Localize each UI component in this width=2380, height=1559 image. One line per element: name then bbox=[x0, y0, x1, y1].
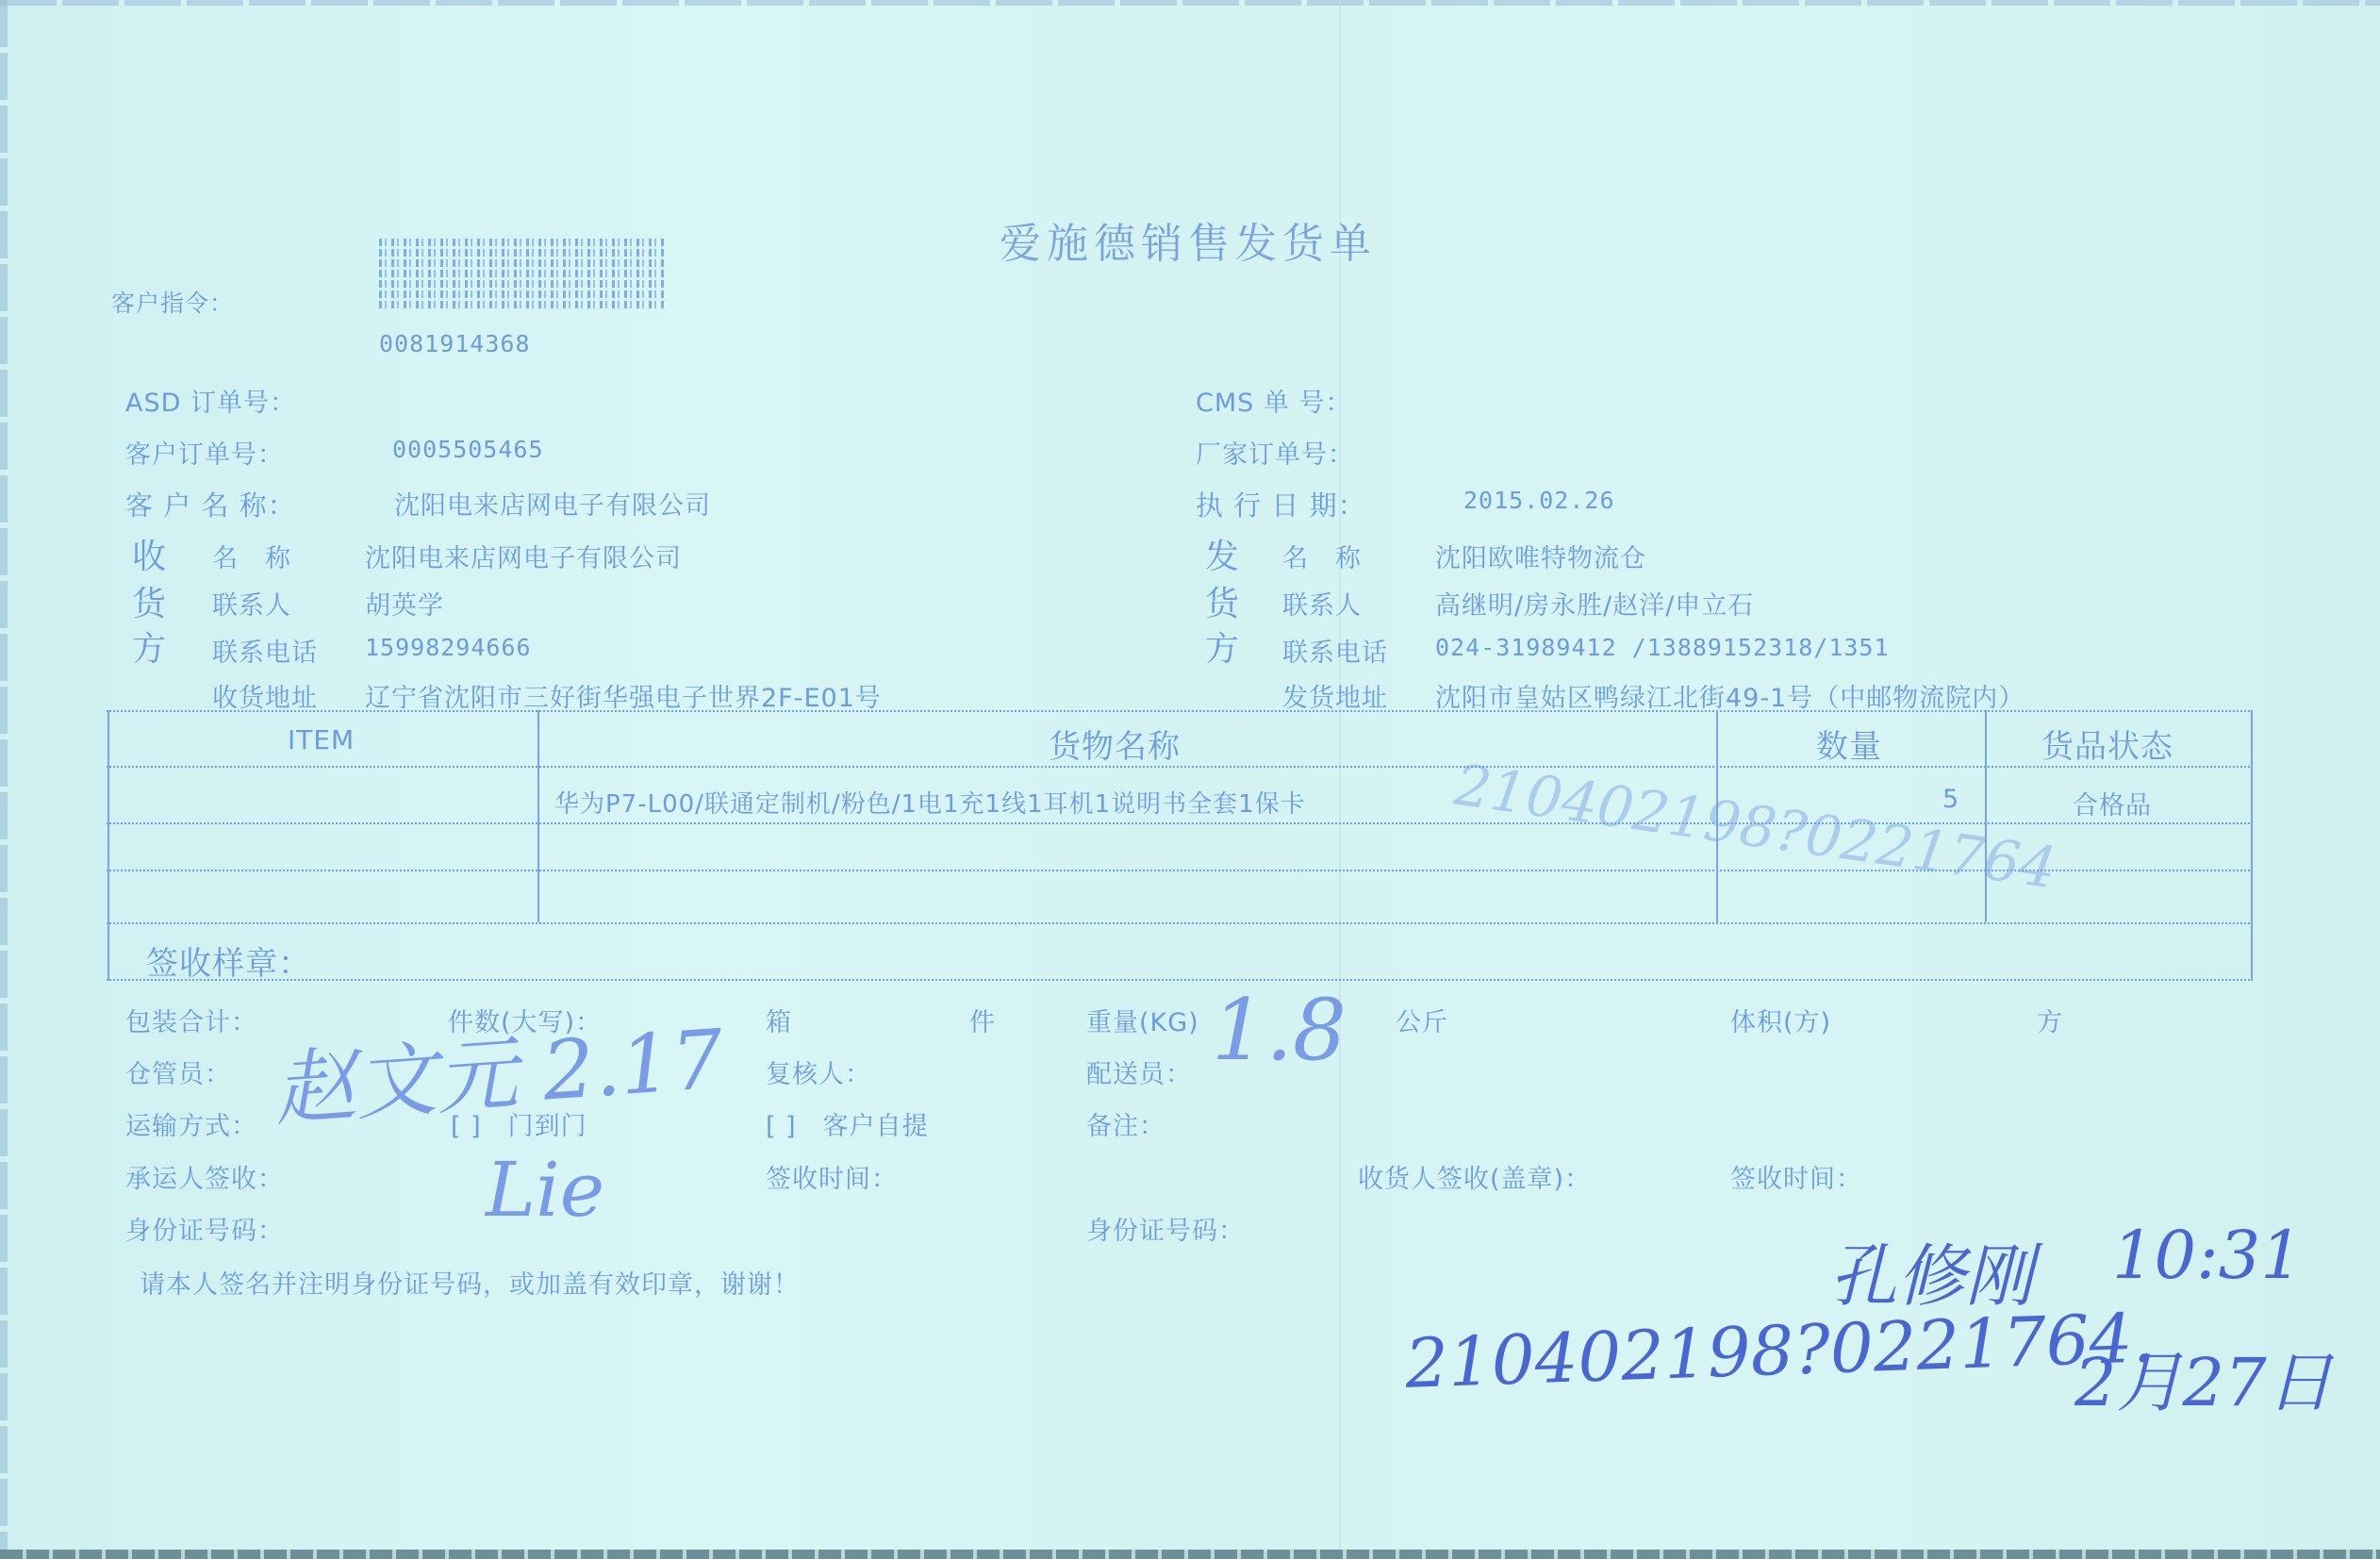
carrier-sign-label: 承运人签收： bbox=[125, 1158, 284, 1195]
shipper-contact-label: 联系人 bbox=[1282, 585, 1362, 622]
row-status: 合格品 bbox=[2073, 785, 2152, 821]
handwritten-receive-date: 2月27日 bbox=[2074, 1330, 2333, 1425]
receiver-side-char-1: 收 bbox=[132, 530, 167, 578]
perforation-left bbox=[0, 0, 8, 1559]
handwritten-weight: 1.8 bbox=[1212, 981, 1347, 1080]
receiver-contact-value: 胡英学 bbox=[365, 585, 444, 622]
receiver-sign-label: 收货人签收(盖章)： bbox=[1358, 1158, 1591, 1195]
exec-date-value: 2015.02.26 bbox=[1463, 487, 1615, 514]
volume-unit: 方 bbox=[2037, 1002, 2063, 1038]
shipper-phone-value: 024-31989412 /13889152318/1351 bbox=[1435, 634, 1890, 661]
exec-date-label: 执 行 日 期： bbox=[1196, 485, 1366, 523]
sign-stamp-label: 签收样章： bbox=[146, 937, 311, 984]
volume-label: 体积(方) bbox=[1730, 1002, 1831, 1038]
receiver-name-label: 名 称 bbox=[212, 538, 291, 574]
weight-label: 重量(KG) bbox=[1086, 1002, 1199, 1038]
receiver-contact-label: 联系人 bbox=[212, 585, 291, 622]
customer-order-label: 客户订单号： bbox=[125, 434, 284, 471]
column-header-item: ITEM bbox=[288, 724, 355, 755]
shipper-address-value: 沈阳市皇姑区鸭绿江北街49-1号（中邮物流院内） bbox=[1435, 677, 2025, 714]
reviewer-label: 复核人： bbox=[766, 1053, 871, 1090]
receiver-address-value: 辽宁省沈阳市三好街华强电子世界2F-E01号 bbox=[365, 677, 882, 714]
cms-order-label: CMS 单 号： bbox=[1196, 382, 1351, 419]
column-header-status: 货品状态 bbox=[2041, 721, 2173, 767]
document-title: 爱施德销售发货单 bbox=[1000, 209, 1377, 270]
customer-name-value: 沈阳电来店网电子有限公司 bbox=[394, 485, 711, 522]
customer-instruction-label: 客户指令： bbox=[111, 285, 234, 319]
receiver-sign-time-label: 签收时间： bbox=[1730, 1158, 1862, 1195]
row-goods-name: 华为P7-L00/联通定制机/粉色/1电1充1线1耳机1说明书全套1保卡 bbox=[554, 785, 1306, 820]
box-label: 箱 bbox=[766, 1002, 792, 1038]
self-pickup-checkbox[interactable]: [ ] 客户自提 bbox=[766, 1105, 929, 1142]
shipper-side-char-1: 发 bbox=[1205, 530, 1240, 578]
column-header-goods-name: 货物名称 bbox=[1049, 721, 1181, 767]
perforation-bottom bbox=[0, 1550, 2380, 1559]
weight-unit: 公斤 bbox=[1396, 1002, 1448, 1038]
package-total-label: 包装合计： bbox=[125, 1002, 257, 1038]
shipper-contact-value: 高继明/房永胜/赵洋/申立石 bbox=[1435, 585, 1754, 622]
receiver-side-char-2: 货 bbox=[132, 577, 167, 625]
handwritten-carrier-signature: Lie bbox=[486, 1146, 604, 1234]
transport-label: 运输方式： bbox=[125, 1105, 257, 1142]
customer-order-value: 0005505465 bbox=[392, 436, 544, 463]
receiver-side-char-3: 方 bbox=[132, 622, 167, 671]
receiver-address-label: 收货地址 bbox=[212, 677, 318, 714]
id-number-label-left: 身份证号码： bbox=[125, 1210, 284, 1247]
shipper-address-label: 发货地址 bbox=[1282, 677, 1388, 714]
factory-order-label: 厂家订单号： bbox=[1196, 434, 1354, 471]
column-header-quantity: 数量 bbox=[1816, 721, 1882, 767]
shipper-side-char-2: 货 bbox=[1205, 577, 1240, 625]
customer-name-label: 客 户 名 称： bbox=[125, 485, 296, 523]
notice-text: 请本人签名并注明身份证号码，或加盖有效印章，谢谢！ bbox=[140, 1264, 800, 1301]
perforation-top bbox=[0, 0, 2380, 6]
receiver-name-value: 沈阳电来店网电子有限公司 bbox=[365, 538, 682, 574]
shipper-side-char-3: 方 bbox=[1205, 622, 1240, 671]
piece-label: 件 bbox=[969, 1002, 996, 1038]
shipper-phone-label: 联系电话 bbox=[1282, 632, 1388, 669]
barcode-number: 0081914368 bbox=[379, 330, 531, 357]
handwritten-receive-time: 10:31 bbox=[2112, 1217, 2303, 1294]
delivery-person-label: 配送员： bbox=[1086, 1053, 1192, 1090]
warehouse-keeper-label: 仓管员： bbox=[125, 1053, 231, 1090]
asd-order-label: ASD 订单号： bbox=[125, 382, 296, 419]
shipper-name-value: 沈阳欧唯特物流仓 bbox=[1435, 538, 1646, 574]
row-quantity: 5 bbox=[1942, 785, 1959, 814]
carrier-sign-time-label: 签收时间： bbox=[766, 1158, 898, 1195]
barcode-icon bbox=[379, 239, 667, 310]
receiver-phone-label: 联系电话 bbox=[212, 632, 318, 669]
id-number-label-right: 身份证号码： bbox=[1086, 1210, 1245, 1247]
remarks-label: 备注： bbox=[1086, 1105, 1165, 1142]
receiver-phone-value: 15998294666 bbox=[365, 634, 532, 661]
shipper-name-label: 名 称 bbox=[1282, 538, 1362, 574]
